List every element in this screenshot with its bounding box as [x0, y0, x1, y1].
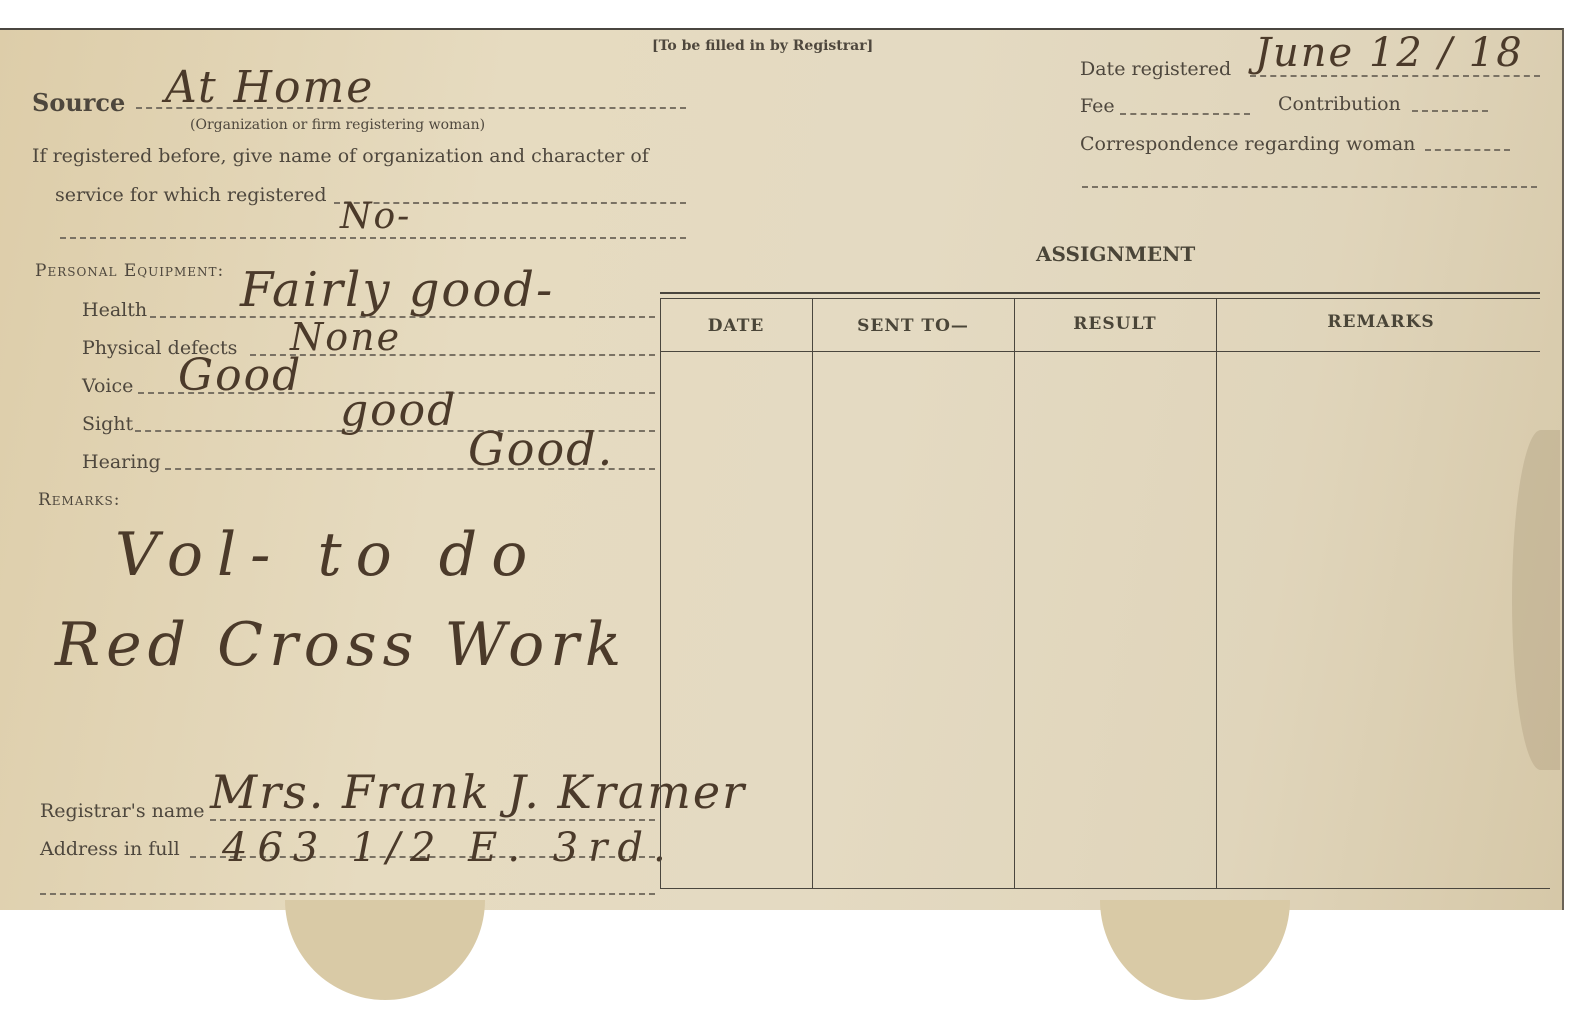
fee-label: Fee [1080, 95, 1115, 117]
address-line-2 [40, 893, 655, 895]
sight-label: Sight [82, 413, 133, 435]
registrar-note: [To be filled in by Registrar] [652, 38, 873, 54]
table-top-rule-inner [660, 298, 1540, 299]
card-index-tab-right [1100, 900, 1290, 1000]
voice-value[interactable]: Good [178, 350, 302, 401]
table-col-divider-3 [1216, 298, 1217, 888]
correspondence-line-1[interactable] [1425, 149, 1510, 151]
column-header-result: RESULT [1014, 314, 1216, 334]
card-index-tab-left [285, 900, 485, 1000]
hearing-value[interactable]: Good. [468, 422, 614, 476]
date-registered-label: Date registered [1080, 58, 1231, 80]
address-value[interactable]: 463 1/2 E. 3rd. [222, 825, 676, 871]
registrar-name-label: Registrar's name [40, 800, 205, 822]
remarks-line-1[interactable]: Vol- to do [115, 520, 541, 590]
table-cell-date[interactable] [662, 353, 810, 886]
physical-defects-value[interactable]: None [290, 315, 401, 359]
address-label: Address in full [40, 838, 180, 860]
assignment-title: ASSIGNMENT [1036, 242, 1195, 266]
contribution-field-line[interactable] [1412, 110, 1488, 112]
fee-field-line[interactable] [1120, 113, 1250, 115]
hearing-label: Hearing [82, 451, 161, 473]
table-cell-result[interactable] [1016, 353, 1214, 886]
source-sublabel: (Organization or firm registering woman) [190, 117, 485, 133]
table-col-divider-2 [1014, 298, 1015, 888]
remarks-heading: Remarks: [38, 490, 120, 510]
table-col-divider-1 [812, 298, 813, 888]
table-cell-sent-to[interactable] [814, 353, 1012, 886]
column-header-date: DATE [660, 316, 812, 336]
source-value[interactable]: At Home [165, 62, 374, 113]
correspondence-line-2[interactable] [1082, 186, 1537, 188]
table-bottom-rule [660, 888, 1550, 889]
source-label: Source [32, 88, 125, 117]
registered-before-line-2 [60, 237, 686, 239]
table-cell-remarks[interactable] [1218, 353, 1543, 886]
health-label: Health [82, 299, 147, 321]
remarks-line-2[interactable]: Red Cross Work [55, 610, 627, 680]
registered-before-label-1: If registered before, give name of organ… [32, 145, 649, 167]
registrar-name-line [210, 819, 655, 821]
registered-before-label-2: service for which registered [55, 184, 327, 206]
health-value[interactable]: Fairly good- [240, 262, 554, 318]
table-col-divider-0 [660, 298, 661, 888]
correspondence-label: Correspondence regarding woman [1080, 133, 1415, 155]
table-top-rule-outer [660, 292, 1540, 294]
sight-value[interactable]: good [340, 385, 457, 436]
table-header-rule [660, 351, 1540, 352]
contribution-label: Contribution [1278, 93, 1401, 115]
personal-equipment-heading: Personal Equipment: [35, 261, 224, 281]
registered-before-value[interactable]: No- [340, 196, 411, 237]
date-registered-value[interactable]: June 12 / 18 [1255, 30, 1524, 76]
voice-label: Voice [82, 375, 133, 397]
column-header-sent-to: SENT TO— [812, 316, 1014, 336]
column-header-remarks: REMARKS [1216, 312, 1546, 332]
